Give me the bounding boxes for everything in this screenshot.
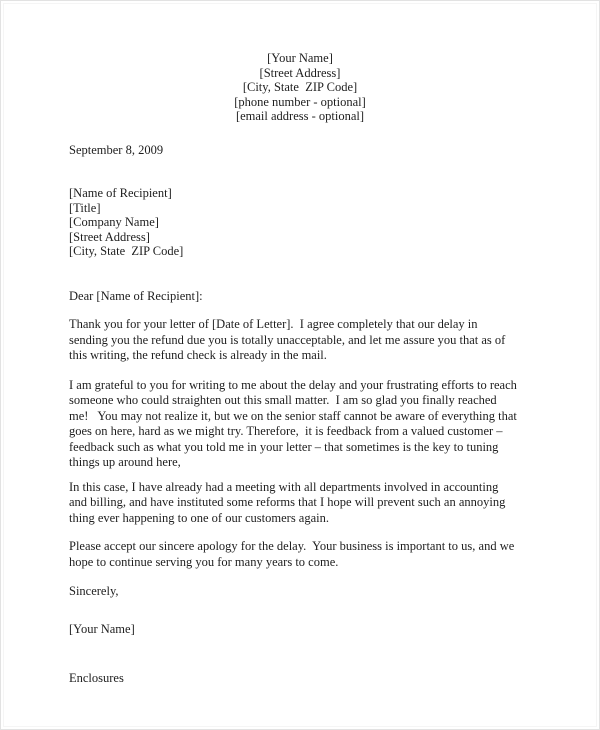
body-paragraph-4: Please accept our sincere apology for th… (69, 539, 599, 570)
sender-address-block: [Your Name] [Street Address] [City, Stat… (1, 51, 599, 124)
body-paragraph-1: Thank you for your letter of [Date of Le… (69, 317, 599, 364)
body-paragraph-2: I am grateful to you for writing to me a… (69, 378, 599, 471)
closing: Sincerely, (69, 584, 599, 600)
recipient-address-block: [Name of Recipient] [Title] [Company Nam… (69, 186, 599, 258)
letter-page: [Your Name] [Street Address] [City, Stat… (0, 0, 600, 730)
salutation: Dear [Name of Recipient]: (69, 289, 599, 305)
signature-name: [Your Name] (69, 622, 599, 638)
body-paragraph-3: In this case, I have already had a meeti… (69, 480, 599, 527)
date-line: September 8, 2009 (69, 143, 599, 159)
enclosures-note: Enclosures (69, 671, 599, 687)
